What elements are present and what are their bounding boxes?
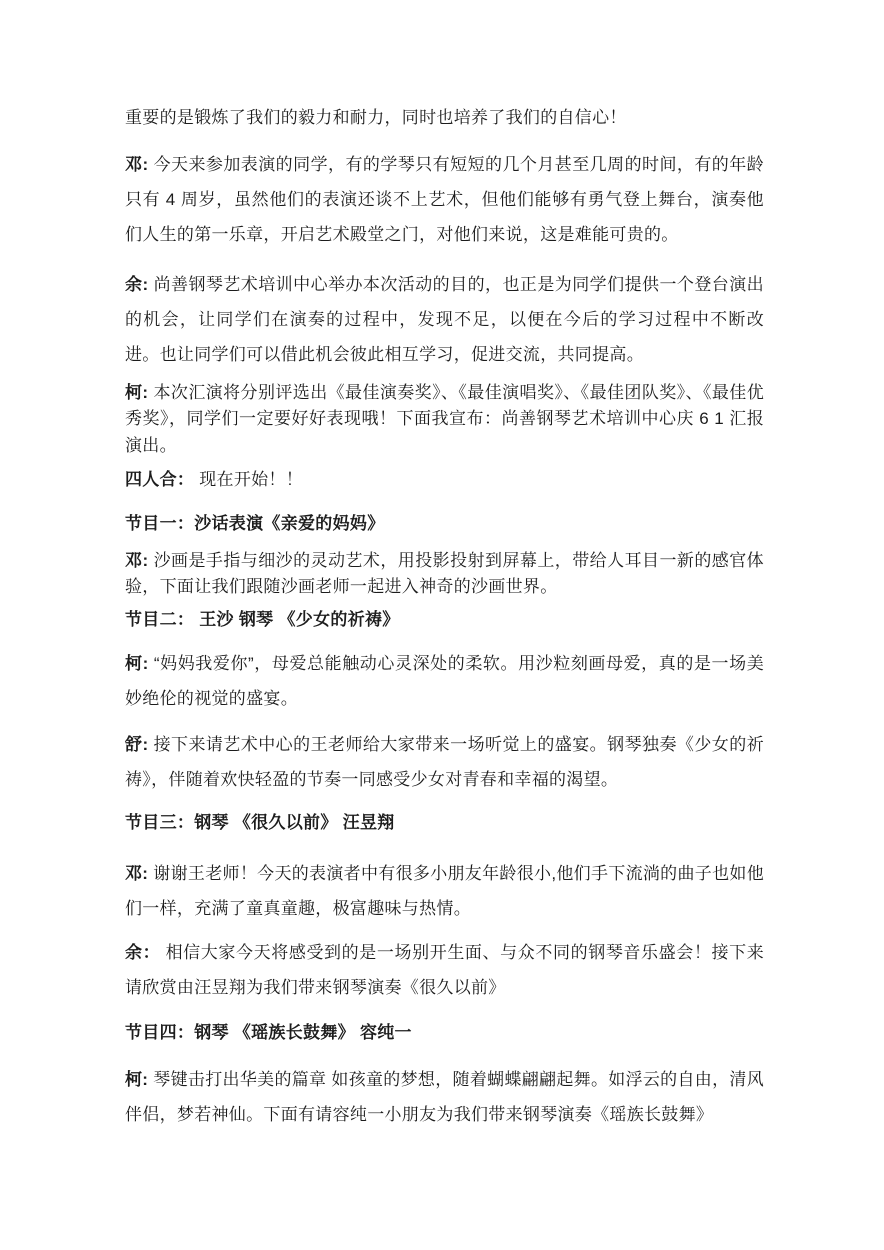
paragraph-text: 沙画是手指与细沙的灵动艺术，用投影投射到屏幕上，带给人耳目一新的感官体验，下面让… [125, 551, 764, 596]
heading-text: 节目一：沙话表演《亲爱的妈妈》 [125, 514, 385, 533]
speaker-label: 四人合： [125, 470, 194, 489]
paragraph-text: 接下来请艺术中心的王老师给大家带来一场听觉上的盛宴。钢琴独奏《少女的祈祷》，伴随… [125, 735, 764, 789]
speaker-label: 邓: [125, 864, 148, 883]
paragraph: 柯: 本次汇演将分别评选出《最佳演奏奖》、《最佳演唱奖》、《最佳团队奖》、《最佳… [125, 380, 764, 459]
speaker-label: 余: [125, 275, 148, 294]
program-heading: 节目二： 王沙 钢琴 《少女的祈祷》 [125, 607, 764, 633]
heading-text: 节目二： 王沙 钢琴 《少女的祈祷》 [125, 610, 400, 629]
paragraph: 邓: 今天来参加表演的同学，有的学琴只有短短的几个月甚至几周的时间，有的年龄只有… [125, 147, 764, 252]
paragraph: 柯: 琴键击打出华美的篇章 如孩童的梦想，随着蝴蝶翩翩起舞。如浮云的自由，清风伴… [125, 1062, 764, 1132]
paragraph: 舒: 接下来请艺术中心的王老师给大家带来一场听觉上的盛宴。钢琴独奏《少女的祈祷》… [125, 727, 764, 797]
speaker-label: 柯: [125, 1070, 148, 1089]
paragraph-text: 琴键击打出华美的篇章 如孩童的梦想，随着蝴蝶翩翩起舞。如浮云的自由，清风伴侣，梦… [125, 1070, 764, 1124]
speaker-label: 邓: [125, 155, 148, 174]
paragraph-text: 尚善钢琴艺术培训中心举办本次活动的目的，也正是为同学们提供一个登台演出的机会，让… [125, 275, 764, 364]
paragraph-text: 今天来参加表演的同学，有的学琴只有短短的几个月甚至几周的时间，有的年龄只有 4 … [125, 155, 764, 244]
heading-text: 节目三：钢琴 《很久以前》 汪昱翔 [125, 813, 395, 832]
document-page: 重要的是锻炼了我们的毅力和耐力，同时也培养了我们的自信心！ 邓: 今天来参加表演… [0, 0, 884, 1250]
paragraph-text: 重要的是锻炼了我们的毅力和耐力，同时也培养了我们的自信心！ [125, 108, 627, 127]
paragraph: 邓: 沙画是手指与细沙的灵动艺术，用投影投射到屏幕上，带给人耳目一新的感官体验，… [125, 548, 764, 601]
program-heading: 节目三：钢琴 《很久以前》 汪昱翔 [125, 810, 764, 836]
speaker-label: 舒: [125, 735, 148, 754]
speaker-label: 柯: [125, 383, 148, 402]
paragraph-text: “妈妈我爱你”，母爱总能触动心灵深处的柔软。用沙粒刻画母爱，真的是一场美妙绝伦的… [125, 654, 764, 708]
paragraph: 柯: “妈妈我爱你”，母爱总能触动心灵深处的柔软。用沙粒刻画母爱，真的是一场美妙… [125, 646, 764, 716]
paragraph: 重要的是锻炼了我们的毅力和耐力，同时也培养了我们的自信心！ [125, 100, 764, 135]
paragraph: 余: 尚善钢琴艺术培训中心举办本次活动的目的，也正是为同学们提供一个登台演出的机… [125, 267, 764, 372]
paragraph: 邓: 谢谢王老师！今天的表演者中有很多小朋友年龄很小,他们手下流淌的曲子也如他们… [125, 856, 764, 926]
paragraph-text: 现在开始！！ [194, 470, 303, 489]
program-heading: 节目一：沙话表演《亲爱的妈妈》 [125, 511, 764, 537]
paragraph-text: 本次汇演将分别评选出《最佳演奏奖》、《最佳演唱奖》、《最佳团队奖》、《最佳优秀奖… [125, 383, 764, 455]
program-heading: 节目四：钢琴 《瑶族长鼓舞》 容纯一 [125, 1020, 764, 1046]
speaker-label: 邓: [125, 551, 148, 570]
paragraph: 四人合： 现在开始！！ [125, 467, 764, 493]
heading-text: 节目四：钢琴 《瑶族长鼓舞》 容纯一 [125, 1023, 412, 1042]
paragraph-text: 谢谢王老师！今天的表演者中有很多小朋友年龄很小,他们手下流淌的曲子也如他们一样，… [125, 864, 764, 918]
paragraph-text: 相信大家今天将感受到的是一场别开生面、与众不同的钢琴音乐盛会！接下来请欣赏由汪昱… [125, 943, 764, 997]
speaker-label: 柯: [125, 654, 149, 673]
speaker-label: 余： [125, 943, 160, 962]
paragraph: 余： 相信大家今天将感受到的是一场别开生面、与众不同的钢琴音乐盛会！接下来请欣赏… [125, 935, 764, 1005]
